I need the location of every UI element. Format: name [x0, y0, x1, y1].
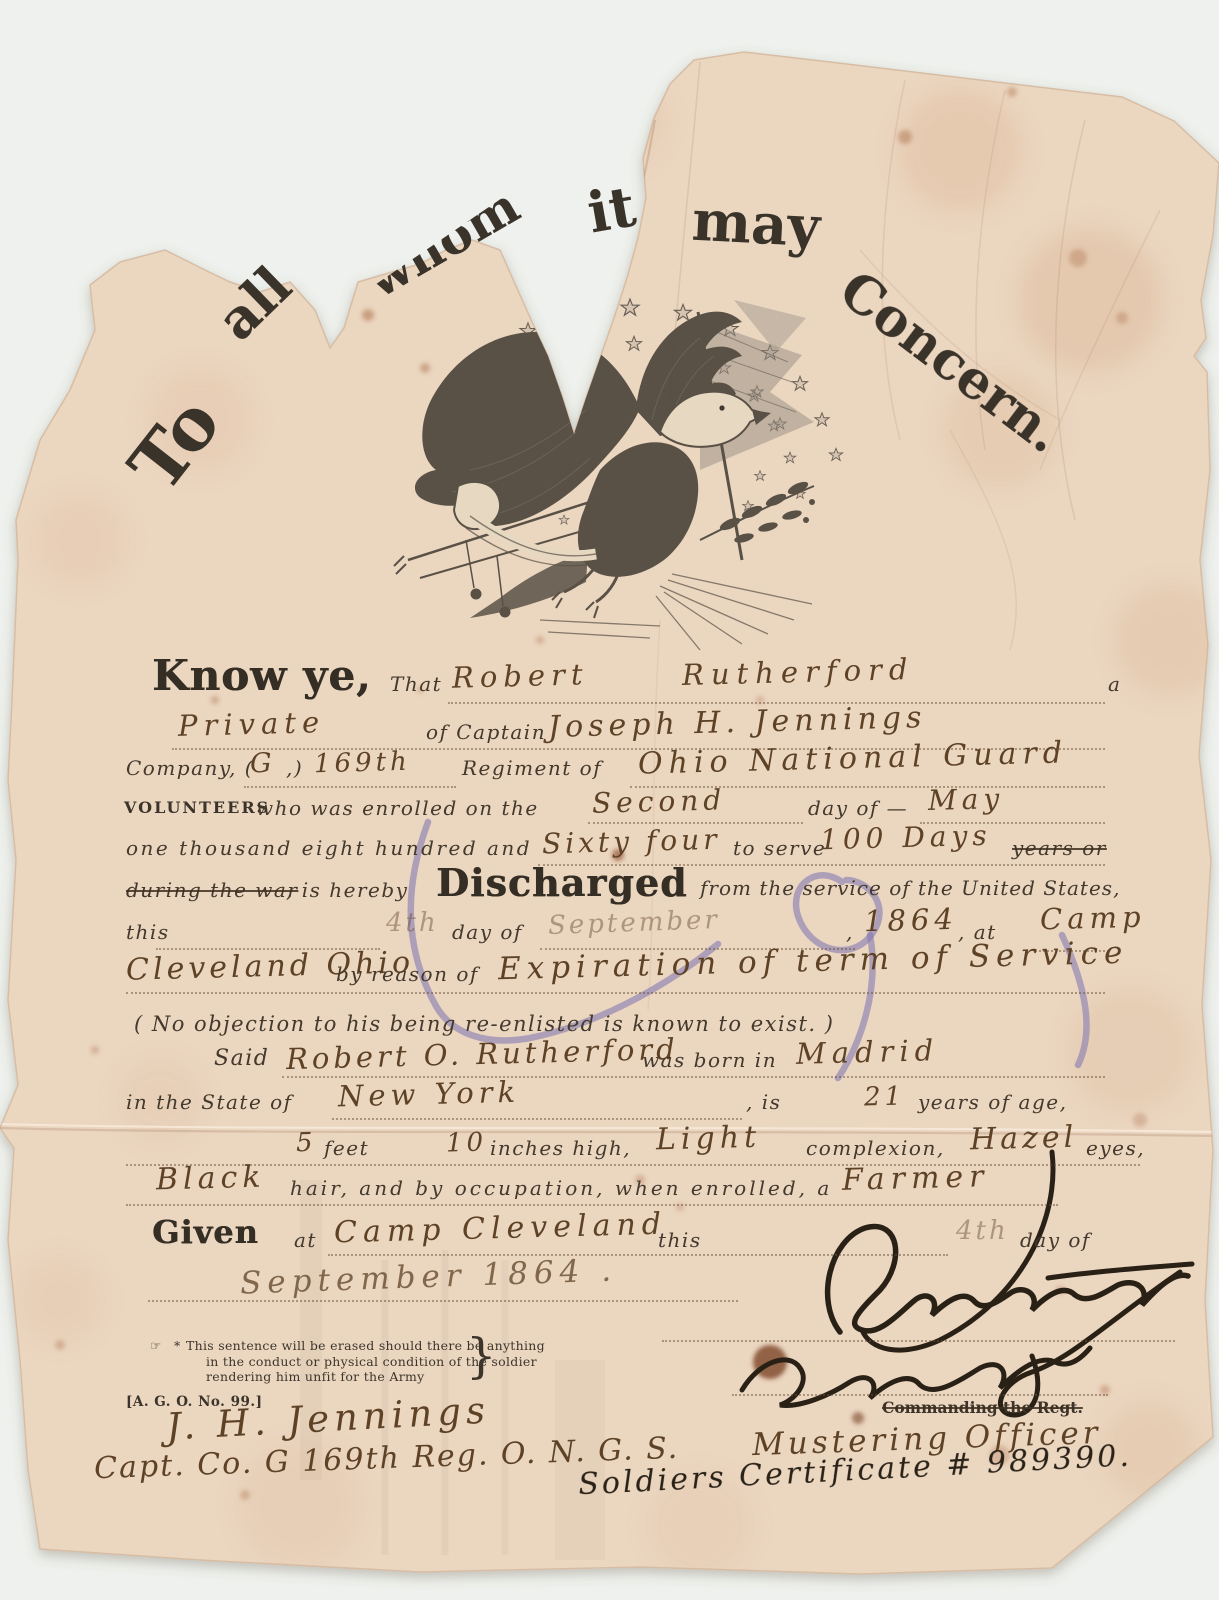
printed-years-or-struck: years or	[1012, 838, 1107, 858]
hair-color-value: Black	[156, 1163, 266, 1196]
fill-in-line	[148, 1300, 738, 1302]
printed-is-hereby: , is hereby	[286, 880, 408, 900]
printed-said: Said	[214, 1048, 269, 1070]
printed-year-prefix: one thousand eight hundred and	[126, 838, 532, 858]
footnote-line-3: rendering him unfit for the Army	[206, 1371, 424, 1384]
printed-company: Company, (	[126, 758, 254, 778]
printed-eyes: eyes,	[1086, 1138, 1145, 1158]
fill-in-line	[244, 786, 456, 788]
birthplace: Madrid	[796, 1036, 940, 1069]
printed-at-2: at	[294, 1230, 317, 1250]
fill-in-line	[126, 1204, 1058, 1206]
printed-by-reason: by reason of	[336, 964, 479, 984]
printed-born-in: was born in	[642, 1050, 777, 1070]
printed-day-of-2: day of	[452, 922, 523, 942]
signature-line	[732, 1394, 1108, 1396]
regiment-number: 169th	[314, 749, 411, 778]
printed-day-of: day of —	[808, 798, 908, 818]
printed-no-objection: ( No objection to his being re-enlisted …	[134, 1014, 834, 1035]
given-place: Camp Cleveland	[334, 1210, 668, 1249]
service-term: 100 Days	[820, 822, 992, 854]
printed-comma: ,	[846, 922, 854, 942]
header-word-may: may	[691, 193, 822, 256]
height-inches-value: 10	[446, 1129, 488, 1156]
printed-to-serve: to serve	[733, 838, 826, 858]
printed-state-label: in the State of	[126, 1092, 293, 1112]
enrolled-month: May	[928, 785, 1005, 815]
fill-in-line	[126, 992, 1105, 994]
soldier-first-name: Robert	[452, 660, 589, 693]
given-heading: Given	[152, 1216, 259, 1248]
signature-line	[662, 1340, 1175, 1342]
printed-years-of-age: years of age,	[918, 1092, 1067, 1112]
printed-company-close: ,)	[286, 758, 303, 778]
printed-during-war-struck: during the war	[126, 880, 298, 900]
complexion-value: Light	[656, 1123, 762, 1156]
fill-in-line	[328, 1254, 948, 1256]
pointing-hand-icon: ☞	[150, 1340, 162, 1353]
enrolled-day: Second	[592, 786, 727, 818]
soldier-last-name: Rutherford	[682, 655, 915, 690]
printed-complexion: complexion,	[806, 1138, 945, 1158]
scanned-discharge-document: To all whom it may Concern. Know ye, Tha…	[0, 0, 1219, 1600]
discharge-day: 4th	[386, 910, 439, 936]
discharge-month: September	[548, 907, 721, 939]
eye-color-value: Hazel	[970, 1123, 1078, 1156]
discharge-place-1: Camp	[1040, 903, 1146, 935]
printed-a: a	[1108, 674, 1121, 694]
printed-that: That	[390, 674, 442, 694]
printed-this-2: this	[658, 1230, 702, 1250]
printed-inches-high: inches high,	[490, 1138, 631, 1158]
commanding-regt-struck: Commanding the Regt.	[882, 1400, 1083, 1416]
age-value: 21	[864, 1083, 906, 1110]
footnote-star: *	[174, 1340, 181, 1353]
discharge-year: 1864	[864, 905, 959, 936]
company-letter: G	[250, 750, 276, 778]
printed-regiment-of: Regiment of	[462, 758, 602, 778]
printed-enrolled: who was enrolled on the	[256, 798, 539, 818]
printed-feet: feet	[324, 1138, 369, 1158]
printed-service: from the service of the United States,	[700, 878, 1120, 898]
printed-this: this	[126, 922, 170, 942]
birth-state: New York	[338, 1078, 521, 1112]
height-feet-value: 5	[296, 1130, 317, 1157]
occupation-value: Farmer	[842, 1162, 990, 1196]
header-word-it: it	[583, 178, 639, 241]
know-ye-heading: Know ye,	[152, 655, 372, 697]
printed-volunteers: VOLUNTEERS	[124, 800, 270, 816]
footnote-brace: }	[466, 1332, 497, 1380]
fill-in-line	[332, 1118, 742, 1120]
eagle-eye	[719, 405, 724, 410]
given-day: 4th	[956, 1218, 1009, 1244]
discharged-heading: Discharged	[436, 864, 688, 902]
printed-is: , is	[746, 1092, 781, 1112]
printed-occupation-label: hair, and by occupation, when enrolled, …	[290, 1178, 832, 1198]
printed-day-of-3: day of	[1020, 1230, 1091, 1250]
soldier-rank: Private	[178, 708, 326, 741]
printed-of-captain: of Captain	[426, 722, 546, 742]
enrolled-year: Sixty four	[542, 826, 721, 859]
